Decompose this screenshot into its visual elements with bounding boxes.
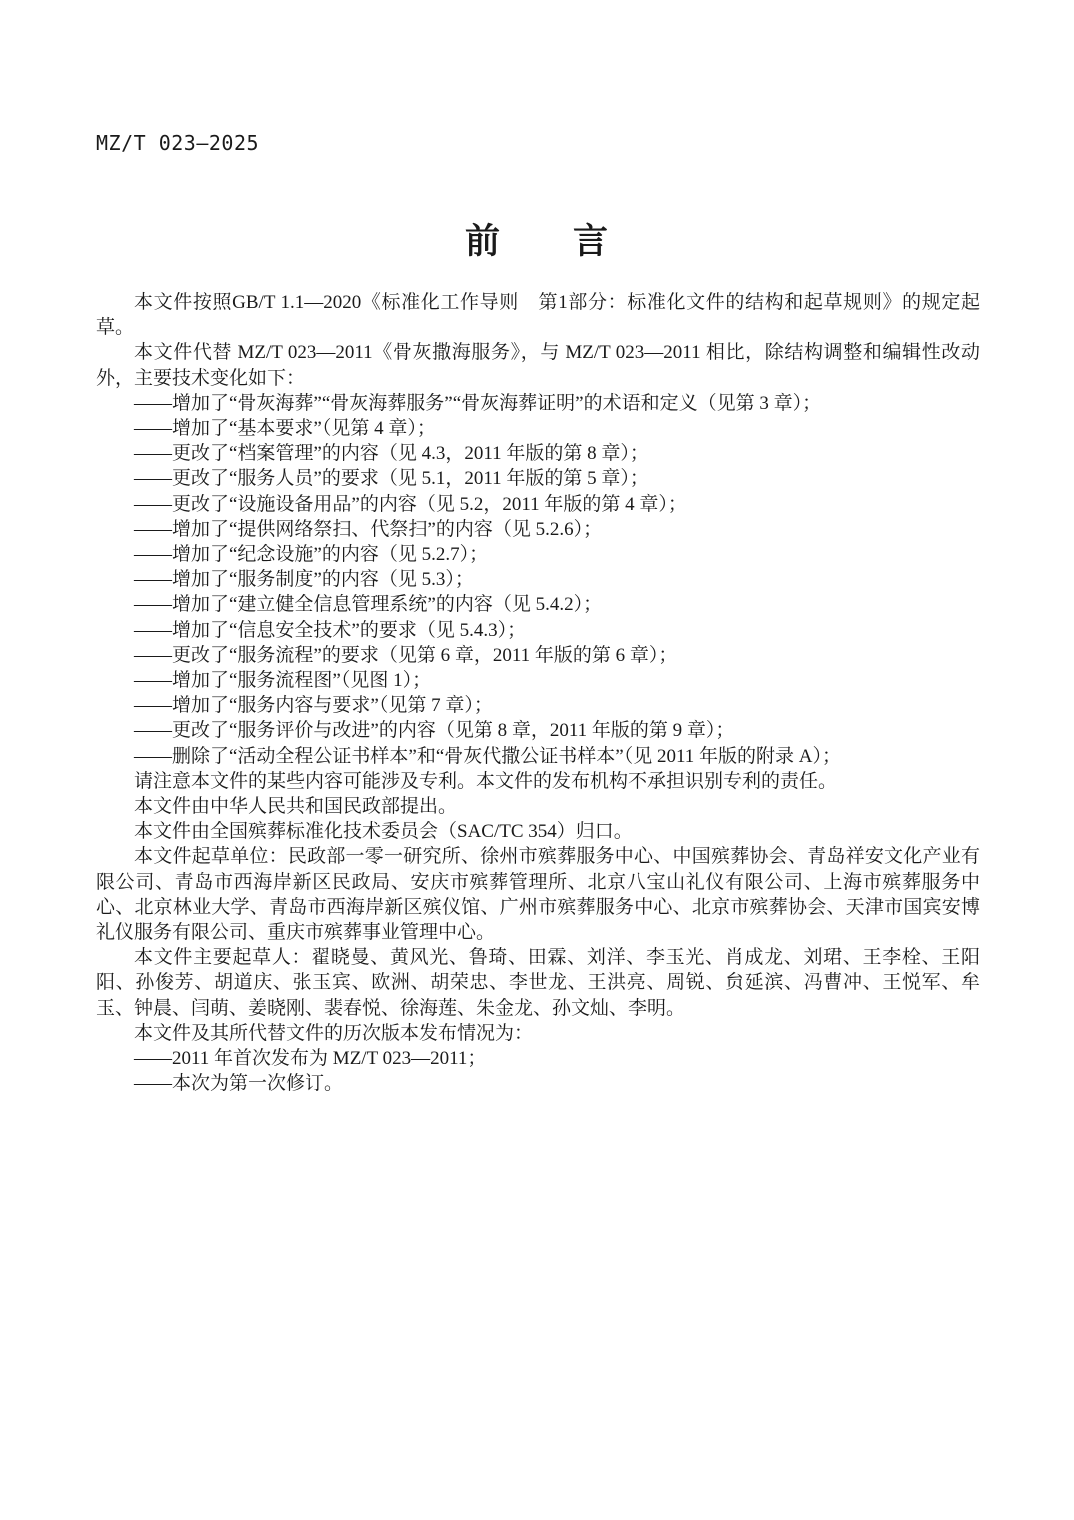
change-item: ——更改了“档案管理”的内容（见 4.3，2011 年版的第 8 章）； [96,441,980,466]
change-item: ——增加了“基本要求”（见第 4 章）； [96,416,980,441]
paragraph-drafters: 本文件主要起草人：翟晓曼、黄风光、鲁琦、田霖、刘洋、李玉光、肖成龙、刘珺、王李栓… [96,945,980,1021]
paragraph-replacement: 本文件代替 MZ/T 023—2011《骨灰撒海服务》，与 MZ/T 023—2… [96,340,980,390]
change-item: ——增加了“服务流程图”（见图 1）； [96,668,980,693]
paragraph-centralized-by: 本文件由全国殡葬标准化技术委员会（SAC/TC 354）归口。 [96,819,980,844]
foreword-content: 本文件按照GB/T 1.1—2020《标准化工作导则 第1部分：标准化文件的结构… [96,290,980,1097]
change-item: ——增加了“信息安全技术”的要求（见 5.4.3）； [96,618,980,643]
change-item: ——更改了“服务流程”的要求（见第 6 章，2011 年版的第 6 章）； [96,643,980,668]
history-item: ——2011 年首次发布为 MZ/T 023—2011； [96,1046,980,1071]
change-item: ——增加了“纪念设施”的内容（见 5.2.7）； [96,542,980,567]
paragraph-patent-note: 请注意本文件的某些内容可能涉及专利。本文件的发布机构不承担识别专利的责任。 [96,769,980,794]
change-item: ——增加了“服务内容与要求”（见第 7 章）； [96,693,980,718]
change-item: ——增加了“骨灰海葬”“骨灰海葬服务”“骨灰海葬证明”的术语和定义（见第 3 章… [96,391,980,416]
change-item: ——更改了“服务评价与改进”的内容（见第 8 章，2011 年版的第 9 章）； [96,718,980,743]
standard-document-page: MZ/T 023—2025 前 言 本文件按照GB/T 1.1—2020《标准化… [0,0,1074,1520]
change-item: ——更改了“服务人员”的要求（见 5.1，2011 年版的第 5 章）； [96,466,980,491]
change-item: ——增加了“建立健全信息管理系统”的内容（见 5.4.2）； [96,592,980,617]
document-number: MZ/T 023—2025 [96,131,259,155]
page-title: 前 言 [0,221,1074,263]
paragraph-drafting-units: 本文件起草单位：民政部一零一研究所、徐州市殡葬服务中心、中国殡葬协会、青岛祥安文… [96,844,980,945]
change-item: ——增加了“提供网络祭扫、代祭扫”的内容（见 5.2.6）； [96,517,980,542]
history-item: ——本次为第一次修订。 [96,1071,980,1096]
paragraph-proposed-by: 本文件由中华人民共和国民政部提出。 [96,794,980,819]
paragraph-history-intro: 本文件及其所代替文件的历次版本发布情况为： [96,1021,980,1046]
change-item: ——更改了“设施设备用品”的内容（见 5.2，2011 年版的第 4 章）； [96,492,980,517]
change-item: ——增加了“服务制度”的内容（见 5.3）； [96,567,980,592]
change-item: ——删除了“活动全程公证书样本”和“骨灰代撒公证书样本”（见 2011 年版的附… [96,744,980,769]
paragraph-intro: 本文件按照GB/T 1.1—2020《标准化工作导则 第1部分：标准化文件的结构… [96,290,980,340]
